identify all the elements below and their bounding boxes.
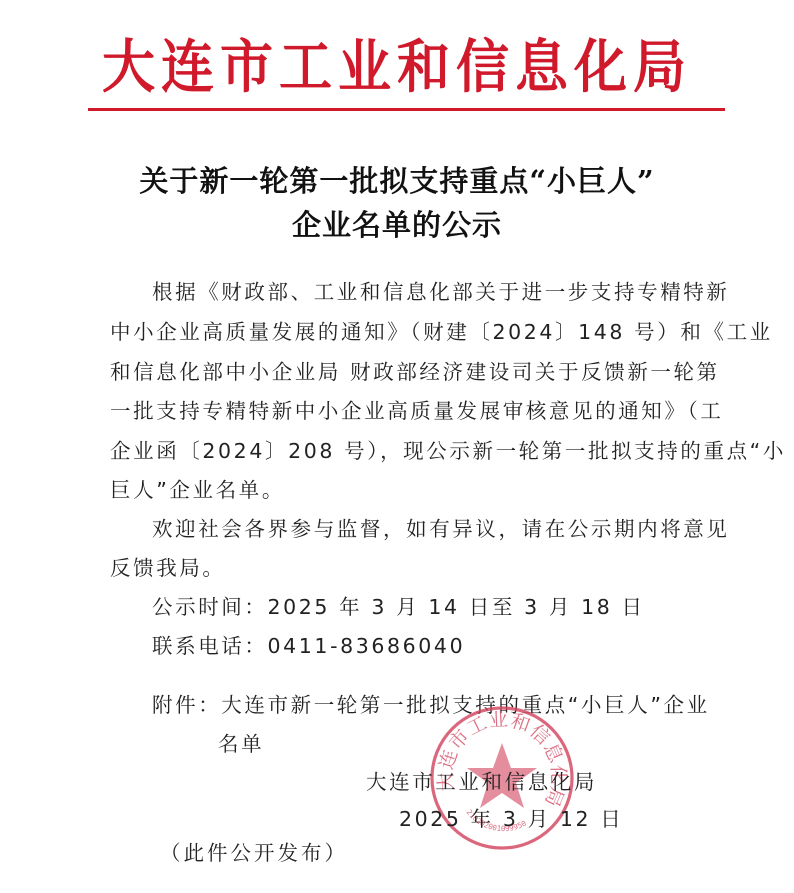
attachment-line-cont: 名单 [218,729,264,759]
letterhead-red-rule [88,108,725,111]
paragraph-1-line: 根据《财政部、工业和信息化部关于进一步支持专精特新 [152,277,730,307]
attachment-line: 附件：大连市新一轮第一批拟支持的重点“小巨人”企业 [152,690,710,720]
paragraph-1-line: 一批支持专精特新中小企业高质量发展审核意见的通知》（工 [110,396,723,426]
paragraph-1-line: 企业函〔2024〕208 号），现公示新一轮第一批拟支持的重点“小 [110,436,786,466]
document-title-line-2: 企业名单的公示 [0,203,794,244]
publicity-period: 公示时间：2025 年 3 月 14 日至 3 月 18 日 [152,592,645,622]
footer-note: （此件公开发布） [160,838,348,868]
paragraph-2-line: 反馈我局。 [110,553,226,583]
paragraph-1-line: 中小企业高质量发展的通知》（财建〔2024〕148 号）和《工业 [110,317,773,347]
document-title-line-1: 关于新一轮第一批拟支持重点“小巨人” [0,159,794,200]
paragraph-1-line: 巨人”企业名单。 [110,475,285,505]
signature-org: 大连市工业和信息化局 [366,765,597,795]
document-page: 大连市工业和信息化局 关于新一轮第一批拟支持重点“小巨人” 企业名单的公示 根据… [0,0,794,893]
paragraph-2-line: 欢迎社会各界参与监督，如有异议，请在公示期内将意见 [152,514,730,544]
signature-date: 2025 年 3 月 12 日 [399,802,623,832]
letterhead-org-name: 大连市工业和信息化局 [0,29,794,105]
paragraph-1-line: 和信息化部中小企业局 财政部经济建设司关于反馈新一轮第 [110,357,720,387]
contact-phone: 联系电话：0411-83686040 [152,631,465,661]
svg-text:大连市工业和信息化局: 大连市工业和信息化局 [434,709,569,811]
